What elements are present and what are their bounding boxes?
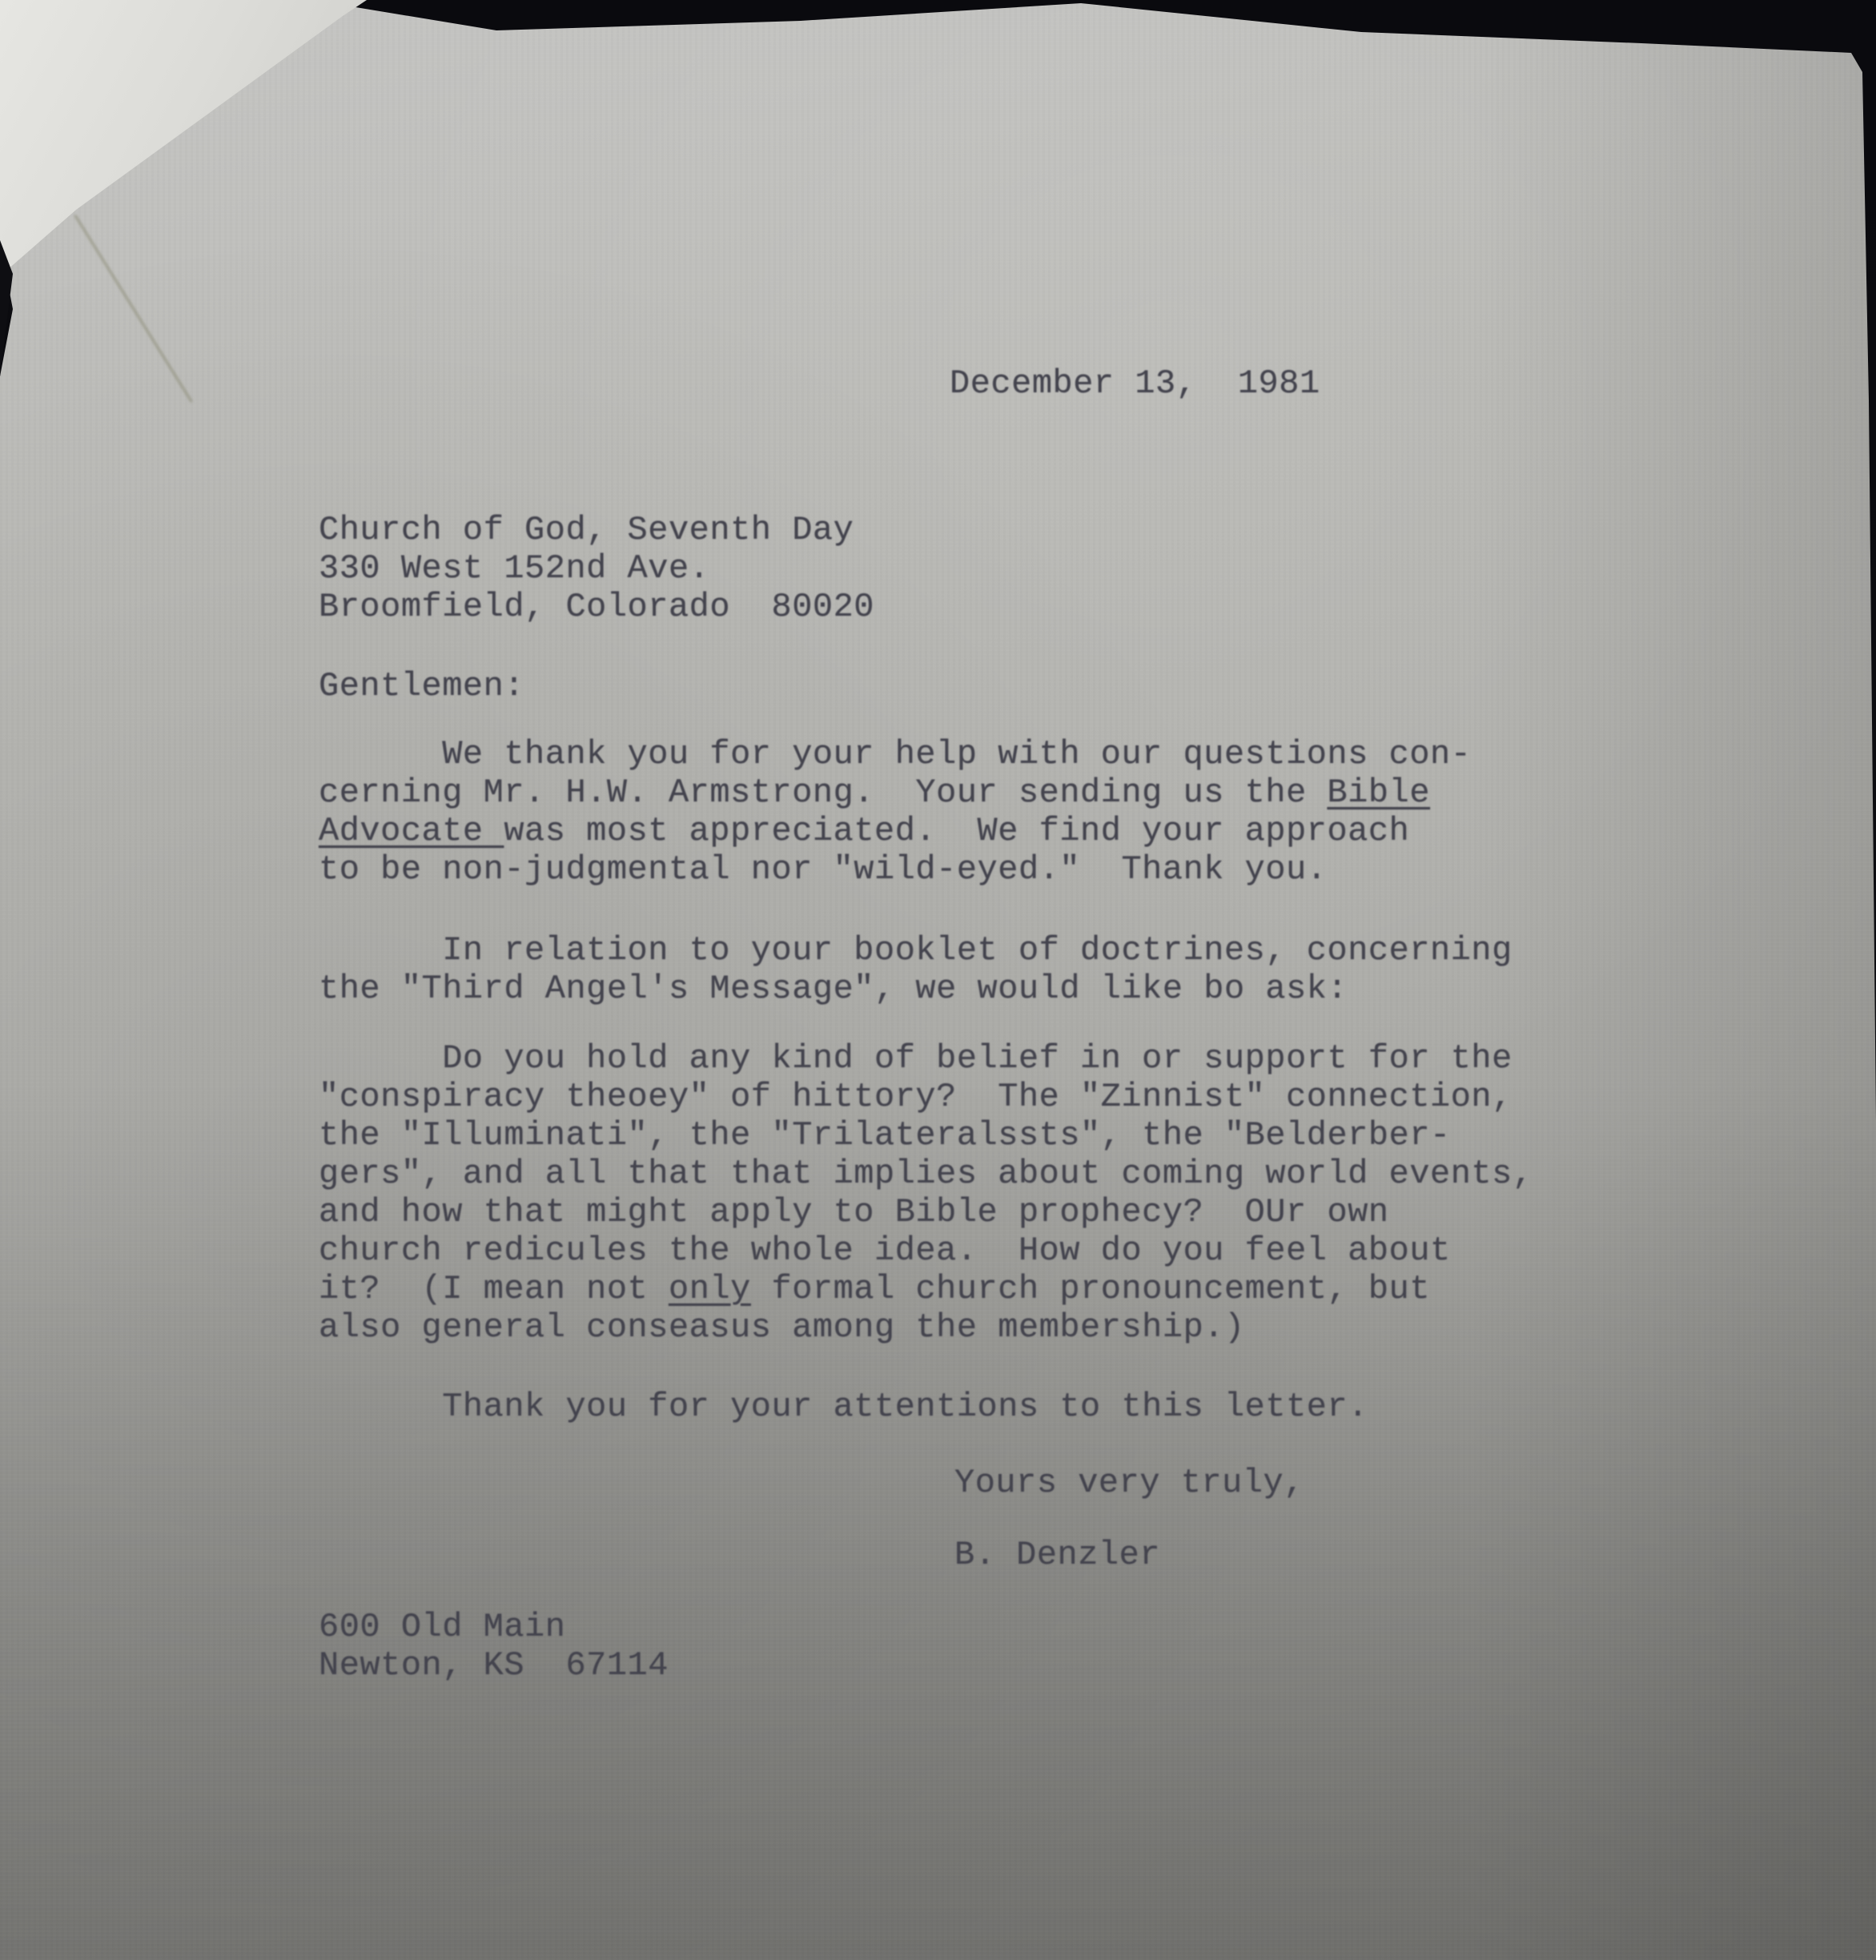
letter-line: Newton, KS 67114 [319,1646,669,1685]
letter-line: 600 Old Main [319,1608,669,1646]
body-paragraph-1: We thank you for your help with our ques… [319,735,1471,889]
body-paragraph-4: Thank you for your attentions to this le… [319,1388,1368,1426]
recipient-address: Church of God, Seventh Day330 West 152nd… [319,511,874,626]
letter-line: Do you hold any kind of belief in or sup… [319,1039,1533,1078]
letter-line: it? (I mean not only formal church prono… [319,1270,1533,1308]
letter-line: 330 West 152nd Ave. [319,549,874,588]
letter-date: December 13, 1981 [950,364,1320,403]
letter-line: church redicules the whole idea. How do … [319,1231,1533,1270]
letter-line: and how that might apply to Bible prophe… [319,1193,1533,1231]
scanned-letter-photo: December 13, 1981 Church of God, Seventh… [0,0,1876,1960]
letter-text: December 13, 1981 Church of God, Seventh… [0,0,1876,1960]
letter-line: "conspiracy theoey" of hittory? The "Zin… [319,1078,1533,1116]
letter-line: gers", and all that that implies about c… [319,1155,1533,1193]
body-paragraph-2: In relation to your booklet of doctrines… [319,931,1512,1008]
letter-line: cerning Mr. H.W. Armstrong. Your sending… [319,773,1471,812]
letter-line: Thank you for your attentions to this le… [319,1388,1368,1426]
letter-line: the "Illuminati", the "Trilateralssts", … [319,1116,1533,1155]
letter-line: Broomfield, Colorado 80020 [319,588,874,626]
body-paragraph-3: Do you hold any kind of belief in or sup… [319,1039,1533,1347]
letter-line: also general conseasus among the members… [319,1308,1533,1347]
salutation: Gentlemen: [319,667,524,705]
letter-line: In relation to your booklet of doctrines… [319,931,1512,970]
sender-address: 600 Old MainNewton, KS 67114 [319,1608,669,1685]
letter-line: We thank you for your help with our ques… [319,735,1471,773]
letter-line: Advocate was most appreciated. We find y… [319,812,1471,850]
valediction: Yours very truly, [954,1464,1304,1502]
letter-line: to be non-judgmental nor "wild-eyed." Th… [319,850,1471,889]
signature-name: B. Denzler [954,1536,1160,1574]
letter-line: the "Third Angel's Message", we would li… [319,970,1512,1008]
letter-line: Church of God, Seventh Day [319,511,874,549]
